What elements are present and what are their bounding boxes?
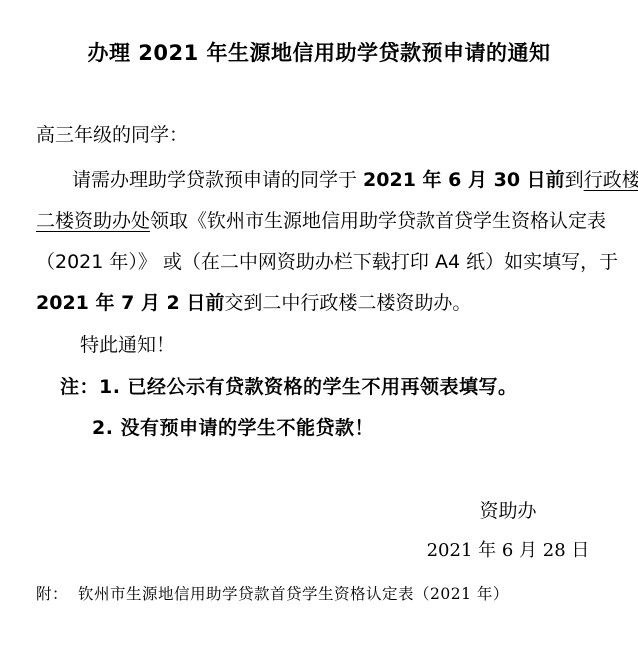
signature-date: 2021 年 6 月 28 日	[420, 540, 596, 563]
body-text: 交到二中行政楼二楼资助办。	[224, 292, 471, 314]
body-text: 领取《钦州市生源地信用助学贷款首贷学生资格认定表	[150, 210, 606, 232]
closing-line: 特此通知！	[80, 334, 175, 358]
attachment-text: 钦州市生源地信用助学贷款首贷学生资格认定表（2021 年）	[78, 585, 509, 603]
notice-document: 办理 2021 年生源地信用助学贷款预申请的通知 高三年级的同学： 请需办理助学…	[0, 0, 638, 672]
body-line-3: （2021 年）》 或（在二中网资助办栏下载打印 A4 纸）如实填写，于	[36, 251, 618, 275]
body-line-2: 二楼资助办处领取《钦州市生源地信用助学贷款首贷学生资格认定表	[36, 210, 606, 234]
deadline-1: 2021 年 6 月 30 日前	[363, 169, 565, 191]
page-title: 办理 2021 年生源地信用助学贷款预申请的通知	[0, 40, 638, 66]
note-line-1: 注：1. 已经公示有贷款资格的学生不用再领表填写。	[60, 376, 518, 400]
place-underline-2: 二楼资助办处	[36, 210, 150, 232]
attachment-line: 附：钦州市生源地信用助学贷款首贷学生资格认定表（2021 年）	[36, 585, 509, 604]
attachment-label: 附：	[36, 585, 68, 603]
signature-name: 资助办	[420, 500, 596, 524]
note-line-2: 2. 没有预申请的学生不能贷款！	[92, 417, 374, 441]
deadline-2: 2021 年 7 月 2 日前	[36, 292, 224, 314]
place-underline-1: 行政楼	[584, 169, 638, 191]
body-line-1: 请需办理助学贷款预申请的同学于 2021 年 6 月 30 日前到行政楼	[72, 169, 638, 193]
body-line-4: 2021 年 7 月 2 日前交到二中行政楼二楼资助办。	[36, 292, 471, 316]
body-text: 请需办理助学贷款预申请的同学于	[72, 169, 363, 191]
body-text: 到	[565, 169, 584, 191]
salutation-line: 高三年级的同学：	[36, 124, 188, 148]
